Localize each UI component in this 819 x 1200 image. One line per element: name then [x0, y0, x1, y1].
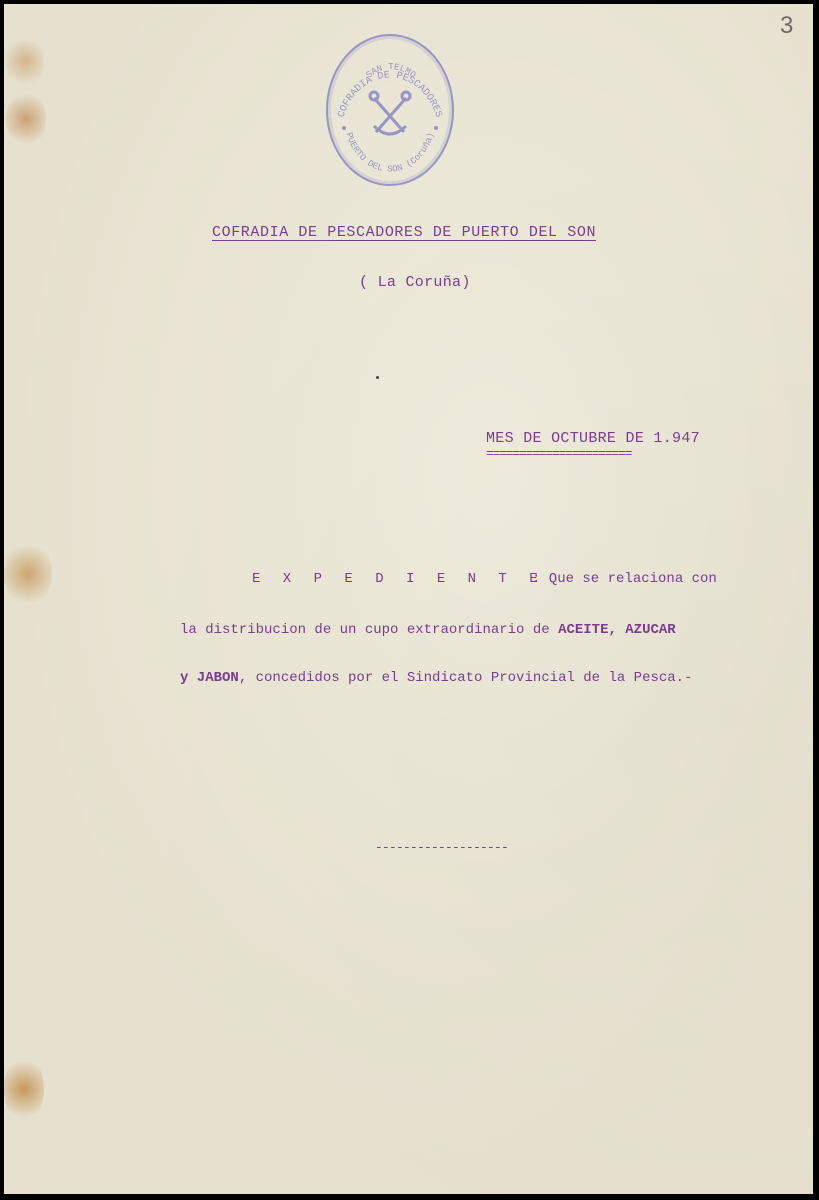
date-line: MES DE OCTUBRE DE 1.947	[486, 430, 700, 447]
body-line-2-text: la distribucion de un cupo extraordinari…	[180, 622, 558, 638]
stain-middle	[4, 539, 52, 609]
closing-divider: -------------------	[375, 840, 508, 855]
expediente-text: : Que se relaciona con	[532, 571, 717, 587]
document-subtitle: ( La Coruña)	[359, 274, 471, 291]
body-line-2: la distribucion de un cupo extraordinari…	[180, 622, 676, 638]
document-title: COFRADIA DE PESCADORES DE PUERTO DEL SON	[212, 224, 596, 241]
body-line-3-text: , concedidos por el Sindicato Provincial…	[239, 670, 693, 686]
stain-top	[6, 34, 44, 89]
document-page: 3 COFRADIA DE PESCADORES SAN TELMO PUERT…	[4, 4, 813, 1194]
products-bold-2: y JABON	[180, 670, 239, 686]
cofradia-stamp: COFRADIA DE PESCADORES SAN TELMO PUERTO …	[326, 34, 454, 186]
body-line-3: y JABON, concedidos por el Sindicato Pro…	[180, 670, 693, 686]
svg-text:PUERTO DEL SON (Coruña): PUERTO DEL SON (Coruña)	[343, 131, 436, 174]
crossed-anchors-icon: COFRADIA DE PESCADORES SAN TELMO PUERTO …	[328, 36, 452, 184]
date-underline: ======================	[486, 446, 631, 461]
ink-dot	[376, 376, 379, 379]
stain-top-2	[6, 89, 46, 149]
products-bold: ACEITE, AZUCAR	[558, 622, 676, 638]
page-number: 3	[780, 12, 793, 40]
stain-bottom	[4, 1054, 44, 1124]
expediente-label: E X P E D I E N T E	[252, 571, 538, 587]
svg-text:COFRADIA DE PESCADORES: COFRADIA DE PESCADORES	[336, 70, 443, 119]
